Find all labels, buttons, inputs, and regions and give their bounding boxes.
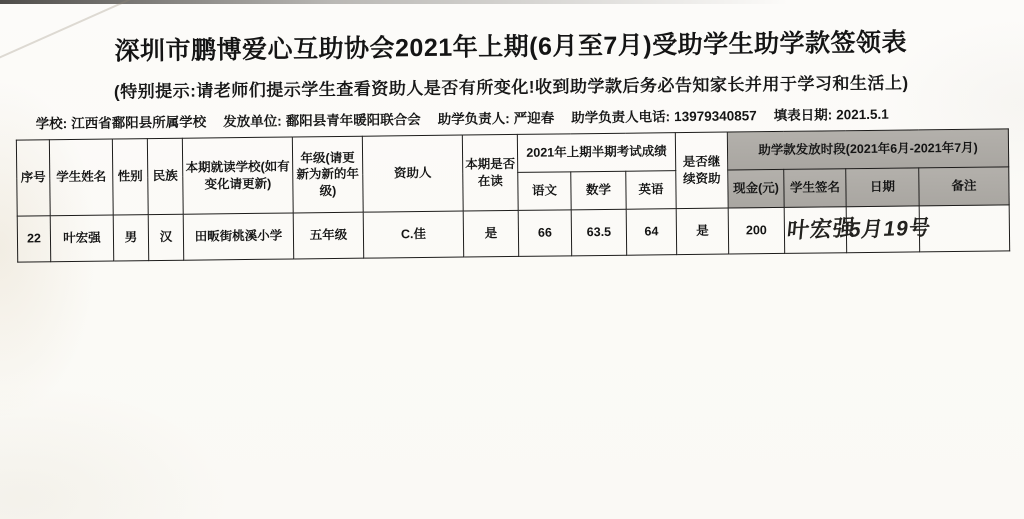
info-issuer-value: 鄱阳县青年暖阳联合会 bbox=[286, 112, 421, 129]
info-manager-value: 严迎春 bbox=[514, 111, 555, 126]
cell-continue-support: 是 bbox=[676, 208, 729, 255]
cell-grade: 五年级 bbox=[293, 212, 364, 259]
col-group-exam-scores: 2021年上期半期考试成绩 bbox=[517, 133, 675, 173]
cell-name: 叶宏强 bbox=[50, 215, 114, 262]
col-header-grade: 年级(请更新为新的年级) bbox=[292, 136, 363, 213]
col-header-sponsor: 资助人 bbox=[362, 135, 463, 212]
col-header-cash: 现金(元) bbox=[728, 169, 784, 208]
info-school: 学校:江西省鄱阳县所属学校 bbox=[36, 110, 207, 132]
cell-sponsor: C.佳 bbox=[363, 211, 464, 258]
info-issuer-label: 发放单位: bbox=[223, 114, 282, 130]
info-manager: 助学负责人:严迎春 bbox=[438, 107, 555, 128]
info-manager-label: 助学负责人: bbox=[438, 111, 510, 127]
info-school-label: 学校: bbox=[36, 116, 68, 131]
col-header-school: 本期就读学校(如有变化请更新) bbox=[182, 137, 293, 214]
col-header-gender: 性别 bbox=[112, 139, 148, 215]
cell-enrolled: 是 bbox=[463, 210, 519, 257]
col-header-ethnicity: 民族 bbox=[147, 138, 183, 214]
info-school-value: 江西省鄱阳县所属学校 bbox=[71, 114, 206, 131]
cell-ethnicity: 汉 bbox=[148, 214, 184, 260]
cell-gender: 男 bbox=[113, 215, 149, 261]
info-issuer: 发放单位:鄱阳县青年暖阳联合会 bbox=[223, 108, 421, 130]
date-handwriting: 5月19号 bbox=[847, 214, 933, 244]
col-header-math: 数学 bbox=[571, 171, 626, 210]
page-title: 深圳市鹏博爱心互助协会2021年上期(6月至7月)受助学生助学款签领表 bbox=[7, 21, 1015, 68]
col-header-chinese: 语文 bbox=[518, 172, 571, 211]
grant-signing-table: 序号 学生姓名 性别 民族 本期就读学校(如有变化请更新) 年级(请更新为新的年… bbox=[16, 128, 1010, 262]
cell-school: 田畈街桃溪小学 bbox=[183, 213, 294, 260]
info-phone-label: 助学负责人电话: bbox=[571, 109, 670, 125]
col-header-remark: 备注 bbox=[919, 167, 1009, 206]
col-header-signature: 学生签名 bbox=[784, 169, 846, 208]
info-form-date: 填表日期:2021.5.1 bbox=[774, 103, 889, 124]
cell-student-signature: 叶宏强 bbox=[784, 207, 847, 254]
info-phone: 助学负责人电话:13979340857 bbox=[571, 104, 757, 126]
cell-math-score: 63.5 bbox=[571, 209, 627, 256]
cell-seq: 22 bbox=[17, 216, 51, 262]
cell-english-score: 64 bbox=[626, 209, 677, 256]
cell-chinese-score: 66 bbox=[518, 210, 572, 257]
cell-cash: 200 bbox=[728, 207, 785, 254]
scanned-document-page: 深圳市鹏博爱心互助协会2021年上期(6月至7月)受助学生助学款签领表 (特别提… bbox=[0, 0, 1024, 519]
info-line: 学校:江西省鄱阳县所属学校 发放单位:鄱阳县青年暖阳联合会 助学负责人:严迎春 … bbox=[36, 101, 1024, 132]
info-phone-value: 13979340857 bbox=[674, 108, 757, 124]
document-content: 深圳市鹏博爱心互助协会2021年上期(6月至7月)受助学生助学款签领表 (特别提… bbox=[0, 0, 1024, 263]
col-group-payout-period: 助学款发放时段(2021年6月-2021年7月) bbox=[727, 129, 1008, 170]
col-header-name: 学生姓名 bbox=[49, 139, 113, 216]
col-header-date: 日期 bbox=[846, 168, 919, 207]
col-header-seq: 序号 bbox=[16, 140, 50, 216]
col-header-continue-support: 是否继续资助 bbox=[675, 132, 728, 209]
info-form-date-label: 填表日期: bbox=[774, 107, 833, 123]
col-header-english: 英语 bbox=[626, 171, 676, 210]
page-subtitle: (特别提示:请老师们提示学生查看资助人是否有所变化!收到助学款后务必告知家长并用… bbox=[0, 67, 1023, 104]
cell-remark bbox=[919, 205, 1010, 252]
table-row: 22 叶宏强 男 汉 田畈街桃溪小学 五年级 C.佳 是 66 63.5 64 … bbox=[17, 205, 1009, 262]
col-header-enrolled: 本期是否在读 bbox=[462, 134, 518, 211]
info-form-date-value: 2021.5.1 bbox=[836, 107, 889, 123]
